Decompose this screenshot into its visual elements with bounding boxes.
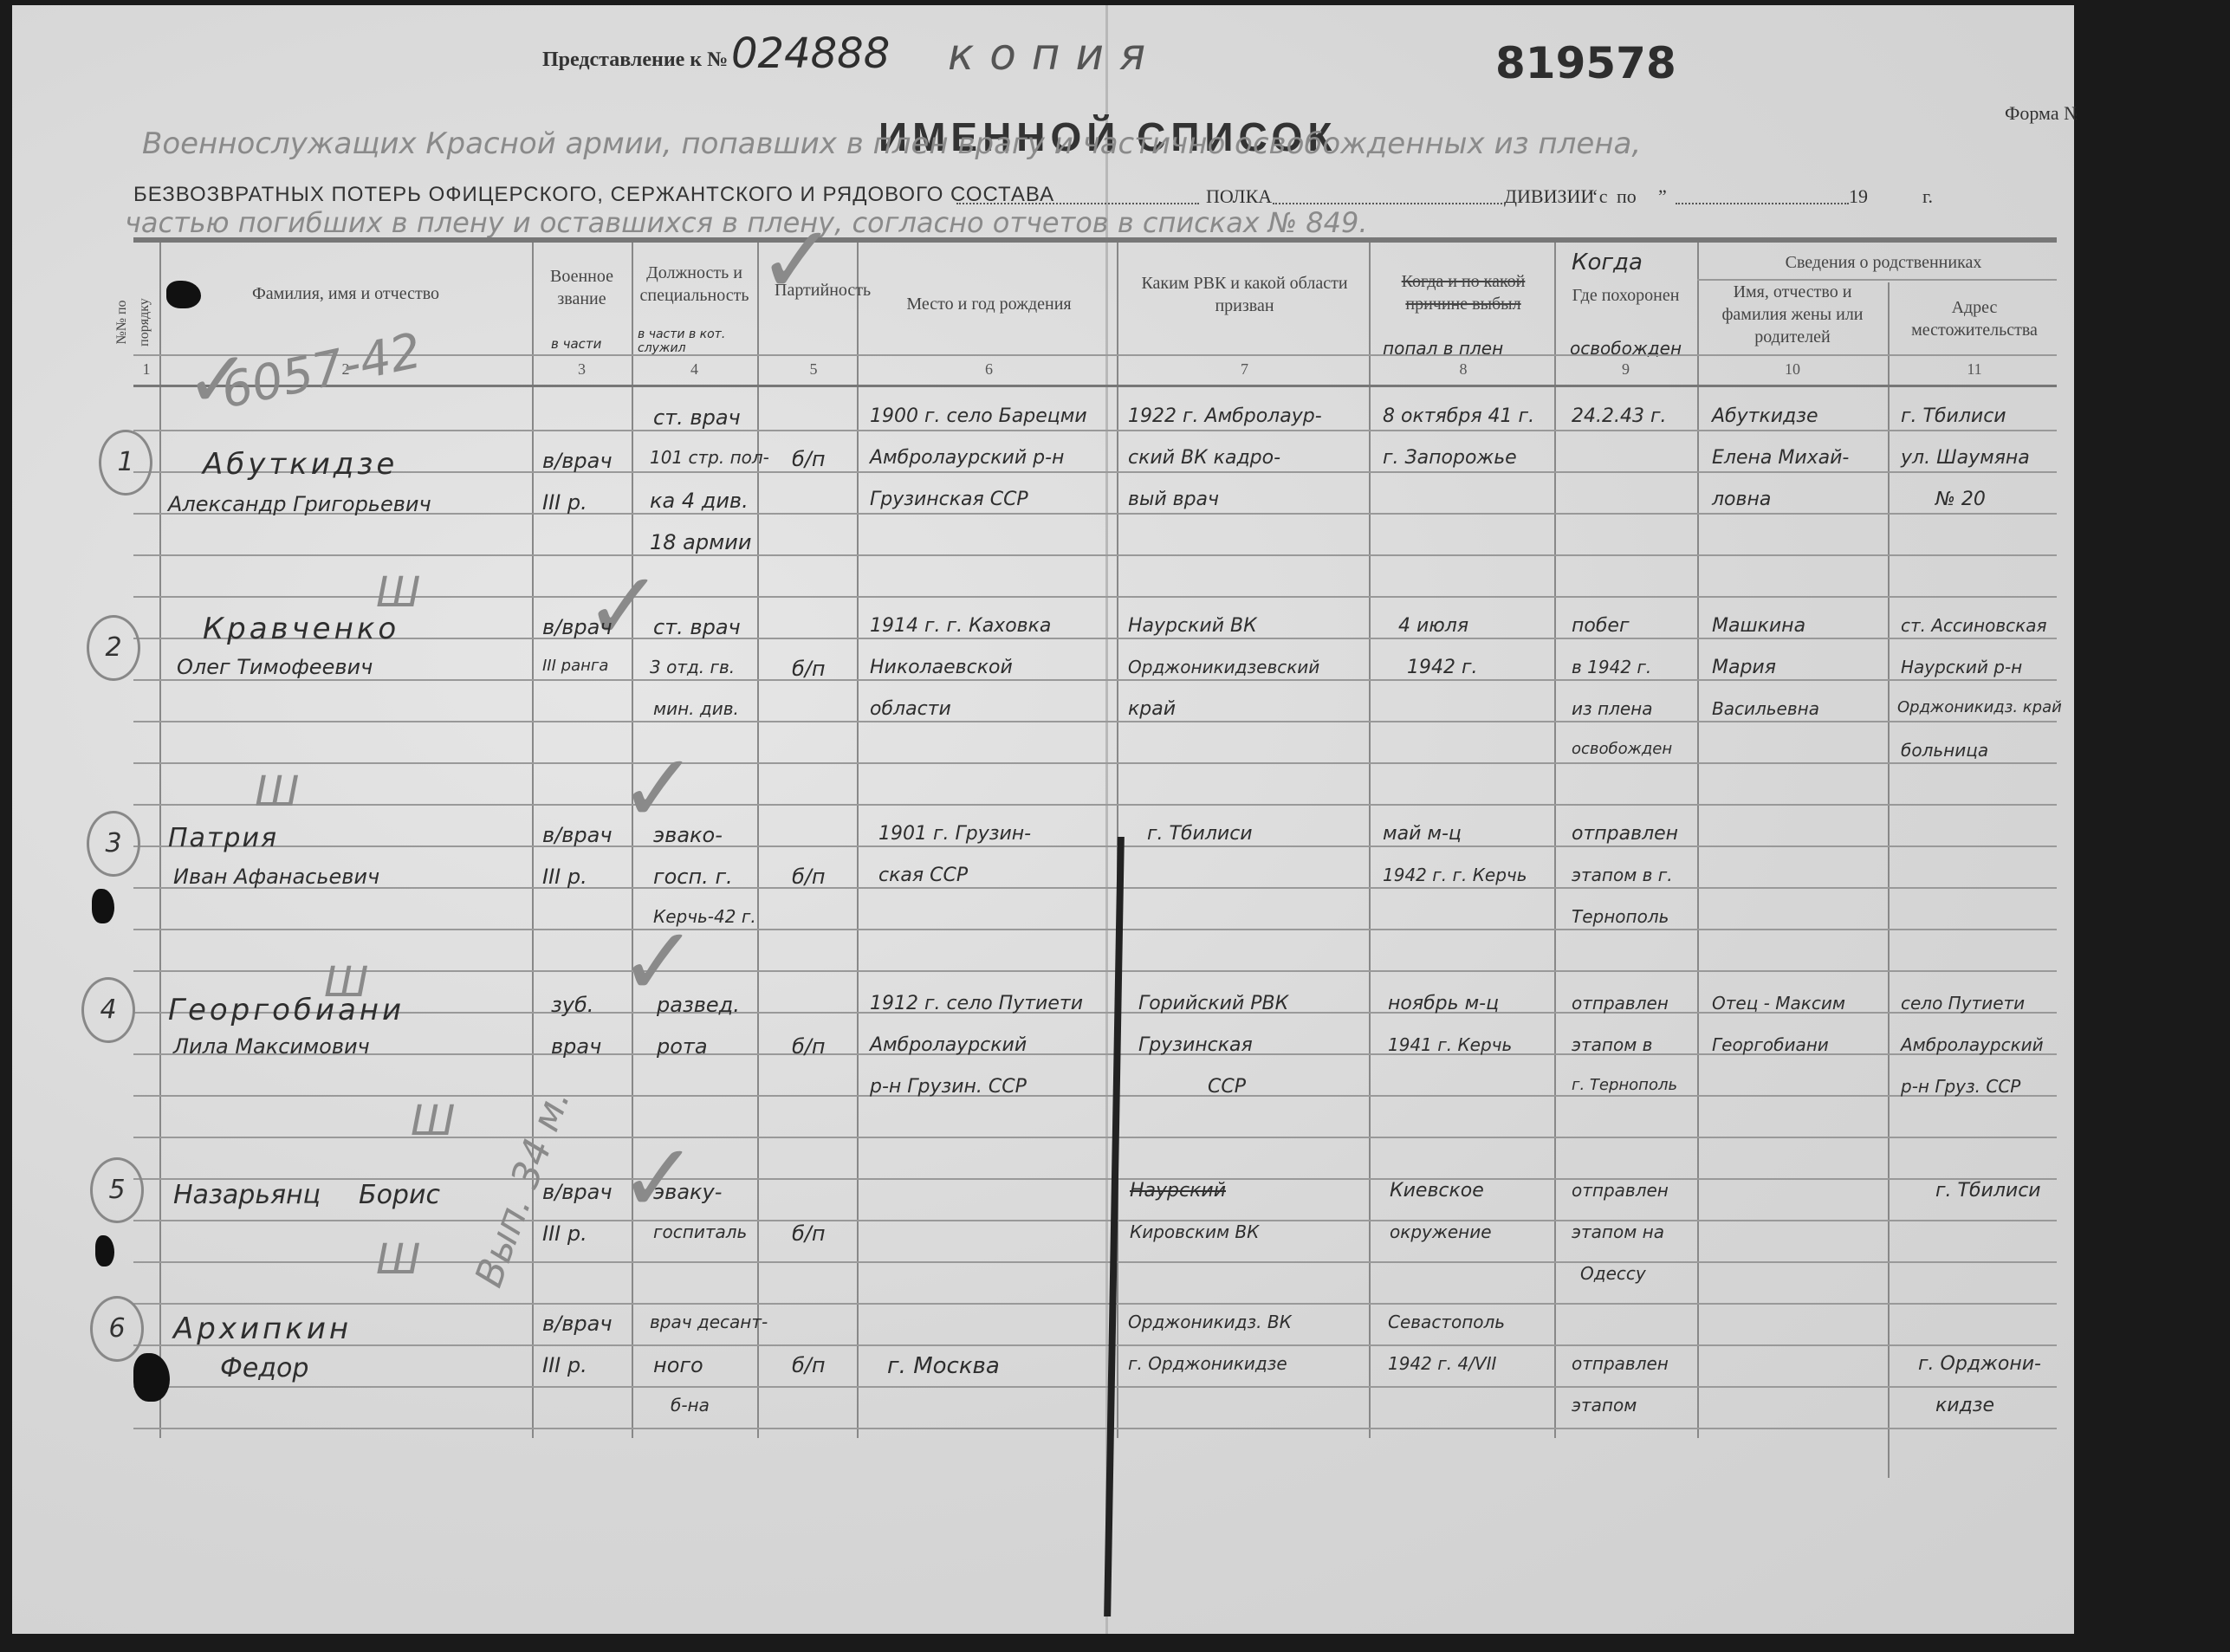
checkmark-icon: ✓ [619, 1123, 698, 1234]
col-divider [757, 243, 759, 1438]
draft-office: Наурский ВК [1128, 615, 1257, 637]
draft-office: 1922 г. Амбролаур- [1128, 405, 1322, 427]
position: развед. [657, 993, 740, 1017]
col-divider [1697, 243, 1699, 1438]
captured-info: 4 июля [1398, 615, 1468, 637]
position: рота [657, 1034, 708, 1059]
row-number: 3 [87, 811, 140, 877]
rank: III р. [542, 490, 587, 515]
division-field [1273, 203, 1502, 204]
position: врач десант- [650, 1312, 768, 1332]
date-close-quote: ” [1658, 185, 1667, 208]
checkmark-icon: ✓ [757, 204, 837, 315]
given-name: Александр Григорьевич [168, 492, 431, 516]
document-page: Представление к № 024888 копия 819578 Фо… [12, 5, 2074, 1634]
punch-hole [92, 889, 114, 923]
draft-office: ССР [1208, 1076, 1246, 1098]
address: Орджоникидз. край [1897, 698, 2062, 716]
col-header-4: Должность и специальность [636, 262, 753, 307]
surname: Назарьянц [173, 1180, 321, 1210]
col-number: 6 [865, 360, 1112, 379]
released-info: Тернополь [1572, 906, 1669, 927]
captured-info: 8 октября 41 г. [1383, 405, 1534, 427]
captured-info: 1942 г. 4/VII [1388, 1353, 1496, 1374]
rank: в/врач [542, 1180, 613, 1204]
position: ст. врач [653, 405, 741, 430]
col-header-3: Военное звание [536, 265, 627, 310]
pencil-mark: Ш [411, 1097, 455, 1145]
rank: III р. [542, 1353, 587, 1377]
captured-info: 1941 г. Керчь [1388, 1034, 1512, 1055]
col-divider [1554, 243, 1556, 1438]
handwritten-header-line1: Военнослужащих Красной армии, попавших в… [142, 126, 1641, 161]
year-suffix: г. [1922, 185, 1933, 208]
birthplace: области [870, 698, 951, 720]
captured-info: окружение [1390, 1221, 1492, 1242]
position: госп. г. [653, 865, 733, 889]
presentation-label: Представление к № [542, 49, 728, 72]
col-number: 11 [1892, 360, 2057, 379]
released-info: Одессу [1580, 1263, 1646, 1284]
given-name: Олег Тимофеевич [177, 655, 373, 679]
position: мин. див. [653, 698, 739, 719]
party: б/п [792, 865, 826, 889]
released-info: этапом в г. [1572, 865, 1673, 885]
released-info: этапом на [1572, 1221, 1664, 1242]
rank: врач [551, 1034, 601, 1059]
address: г. Орджони- [1918, 1353, 2041, 1375]
col-number: 1 [133, 360, 159, 379]
row-number: 5 [90, 1157, 144, 1223]
relative-name: Мария [1712, 657, 1776, 678]
col-header-9-prefix: Когда [1572, 249, 1643, 275]
draft-office: Наурский [1130, 1180, 1226, 1202]
relative-name: Елена Михай- [1712, 447, 1849, 469]
draft-office: г. Тбилиси [1147, 823, 1253, 845]
draft-office: ский ВК кадро- [1128, 447, 1280, 469]
birthplace: 1912 г. село Путиети [870, 993, 1083, 1014]
released-info: этапом в [1572, 1034, 1652, 1055]
checkmark-icon: ✓ [185, 334, 250, 425]
col-header-9: Где похоронен [1559, 284, 1693, 307]
col-header-2: Фамилия, имя и отчество [164, 282, 528, 305]
birthplace: 1914 г. г. Каховка [870, 615, 1051, 637]
relative-name: Отец - Максим [1712, 993, 1845, 1014]
punch-hole [133, 1353, 170, 1402]
document-subtitle: БЕЗВОЗВРАТНЫХ ПОТЕРЬ ОФИЦЕРСКОГО, СЕРЖАН… [133, 183, 1054, 207]
form-label: Форма № [2005, 102, 2082, 125]
position: госпиталь [653, 1221, 747, 1242]
party: б/п [792, 1221, 826, 1246]
address: Наурский р-н [1901, 657, 2022, 677]
captured-info: май м-ц [1383, 823, 1462, 845]
relative-name: Машкина [1712, 615, 1805, 637]
surname: Патрия [168, 823, 278, 853]
col-number: 9 [1559, 360, 1693, 379]
regiment-field [956, 203, 1199, 204]
position: ка 4 див. [650, 489, 749, 513]
col-header-7: Каким РВК и какой области призван [1125, 272, 1364, 317]
col-header-4-addition: в части в кот. служил [638, 327, 750, 355]
party: б/п [792, 1353, 826, 1377]
col-header-6: Место и год рождения [865, 293, 1112, 315]
row-number: 1 [99, 430, 152, 496]
rank: в/врач [542, 615, 613, 639]
birthplace: 1900 г. село Барецми [870, 405, 1087, 427]
address: ст. Ассиновская [1901, 615, 2047, 636]
col-header-11: Адрес местожительства [1892, 296, 2057, 341]
captured-info: ноябрь м-ц [1388, 993, 1499, 1014]
released-info: отправлен [1572, 823, 1678, 845]
released-info: г. Тернополь [1572, 1076, 1677, 1094]
surname: Абуткидзе [203, 447, 398, 482]
draft-office: Грузинская [1138, 1034, 1253, 1056]
position: б-на [671, 1395, 710, 1416]
rank: зуб. [551, 993, 593, 1017]
rank: в/врач [542, 449, 613, 473]
party: б/п [792, 1034, 826, 1059]
relative-name: ловна [1712, 489, 1771, 510]
rank: III р. [542, 865, 587, 889]
draft-office: Горийский РВК [1138, 993, 1288, 1014]
header-rule [133, 237, 2057, 243]
rank: III ранга [542, 657, 608, 675]
released-info: в 1942 г. [1572, 657, 1651, 677]
col-divider [532, 243, 534, 1438]
address: ул. Шаумяна [1901, 447, 2030, 469]
pencil-mark: Ш [255, 768, 299, 816]
released-info: освобожден [1572, 740, 1672, 758]
draft-office: край [1128, 698, 1176, 720]
col-number: 5 [775, 360, 852, 379]
released-info: отправлен [1572, 993, 1669, 1014]
col-header-10: Имя, отчество и фамилия жены или родител… [1702, 281, 1883, 348]
draft-office: Кировским ВК [1130, 1221, 1259, 1242]
surname: Георгобиани [168, 993, 405, 1027]
position: 101 стр. пол- [650, 447, 769, 468]
pencil-mark: Ш [376, 1235, 420, 1284]
numbers-bottom-rule [133, 385, 2057, 387]
released-info: из плена [1572, 698, 1653, 719]
col-divider [1369, 243, 1371, 1438]
col-number: 7 [1125, 360, 1364, 379]
released-info: отправлен [1572, 1353, 1669, 1374]
row-number: 6 [90, 1296, 144, 1362]
rank: в/врач [542, 1312, 613, 1336]
address: г. Тбилиси [1935, 1180, 2041, 1202]
relative-name: Васильевна [1712, 698, 1819, 719]
given-name: Лила Максимович [173, 1034, 370, 1059]
party: б/п [792, 447, 826, 471]
address: № 20 [1935, 489, 1986, 510]
position: ст. врач [653, 615, 741, 639]
punch-hole [95, 1235, 114, 1267]
copy-mark: копия [948, 29, 1161, 80]
birthplace: р-н Грузин. ССР [870, 1076, 1027, 1098]
position: 3 отд. гв. [650, 657, 735, 677]
released-info: отправлен [1572, 1180, 1669, 1201]
position: Керчь-42 г. [653, 906, 756, 927]
captured-info: Севастополь [1388, 1312, 1505, 1332]
birthplace: 1901 г. Грузин- [878, 823, 1031, 845]
date-field [1676, 203, 1849, 204]
address: село Путиети [1901, 993, 2025, 1014]
pencil-mark: Ш [376, 568, 420, 617]
archive-number: 819578 [1495, 38, 1676, 88]
address: г. Тбилиси [1901, 405, 2006, 427]
released-info: этапом [1572, 1395, 1637, 1416]
draft-office: Орджоникидз. ВК [1128, 1312, 1292, 1332]
draft-office: вый врач [1128, 489, 1219, 510]
col-header-3-addition: в части [551, 336, 601, 352]
rank: III р. [542, 1221, 587, 1246]
col-divider [1888, 282, 1890, 1478]
position: эваку- [653, 1180, 722, 1204]
col-divider [159, 243, 161, 1438]
col-number: 4 [636, 360, 753, 379]
address: больница [1901, 740, 1988, 761]
released-info: 24.2.43 г. [1572, 405, 1667, 427]
col-divider [857, 243, 859, 1438]
address: р-н Груз. ССР [1901, 1076, 2020, 1097]
relative-name: Георгобиани [1712, 1034, 1829, 1055]
address: кидзе [1935, 1395, 1994, 1416]
col-number: 10 [1702, 360, 1883, 379]
year-label: 19 [1849, 185, 1868, 208]
captured-info: 1942 г. [1407, 657, 1478, 678]
regiment-label: ПОЛКА [1206, 185, 1272, 208]
given-name: Борис [359, 1180, 440, 1210]
birthplace: г. Москва [887, 1353, 1000, 1379]
surname: Кравченко [203, 612, 399, 646]
given-name: Иван Афанасьевич [173, 865, 379, 889]
captured-info: Киевское [1390, 1180, 1484, 1202]
draft-office: г. Орджоникидзе [1128, 1353, 1287, 1374]
position: ного [653, 1353, 703, 1377]
party: б/п [792, 657, 826, 681]
captured-info: 1942 г. г. Керчь [1383, 865, 1527, 885]
date-to-label: по [1617, 185, 1637, 208]
handwritten-header-line2: частью погибших в плену и оставшихся в п… [125, 206, 1368, 239]
col-header-8: Когда и по какой причине выбыл [1377, 270, 1550, 315]
birthplace: Грузинская ССР [870, 489, 1028, 510]
date-open-quote: “ [1589, 185, 1598, 208]
birthplace: ская ССР [878, 865, 968, 886]
birthplace: Амбролаурский [870, 1034, 1027, 1056]
punch-hole [166, 281, 201, 308]
given-name: Федор [220, 1353, 308, 1383]
birthplace: Амбролаурский р-н [870, 447, 1064, 469]
position: 18 армии [650, 530, 751, 554]
col-number: 3 [536, 360, 627, 379]
row-number: 4 [81, 977, 135, 1043]
relative-name: Абуткидзе [1712, 405, 1818, 427]
checkmark-icon: ✓ [584, 551, 664, 662]
birthplace: Николаевской [870, 657, 1013, 678]
released-info: побег [1572, 615, 1630, 637]
position: эвако- [653, 823, 723, 847]
relatives-group-header: Сведения о родственниках [1702, 251, 2065, 274]
presentation-number: 024888 [731, 29, 890, 78]
surname: Архипкин [173, 1312, 352, 1346]
rank: в/врач [542, 823, 613, 847]
captured-info: г. Запорожье [1383, 447, 1517, 469]
row-number: 2 [87, 615, 140, 681]
col-number: 8 [1377, 360, 1550, 379]
draft-office: Орджоникидзевский [1128, 657, 1319, 677]
address: Амбролаурский [1901, 1034, 2044, 1055]
